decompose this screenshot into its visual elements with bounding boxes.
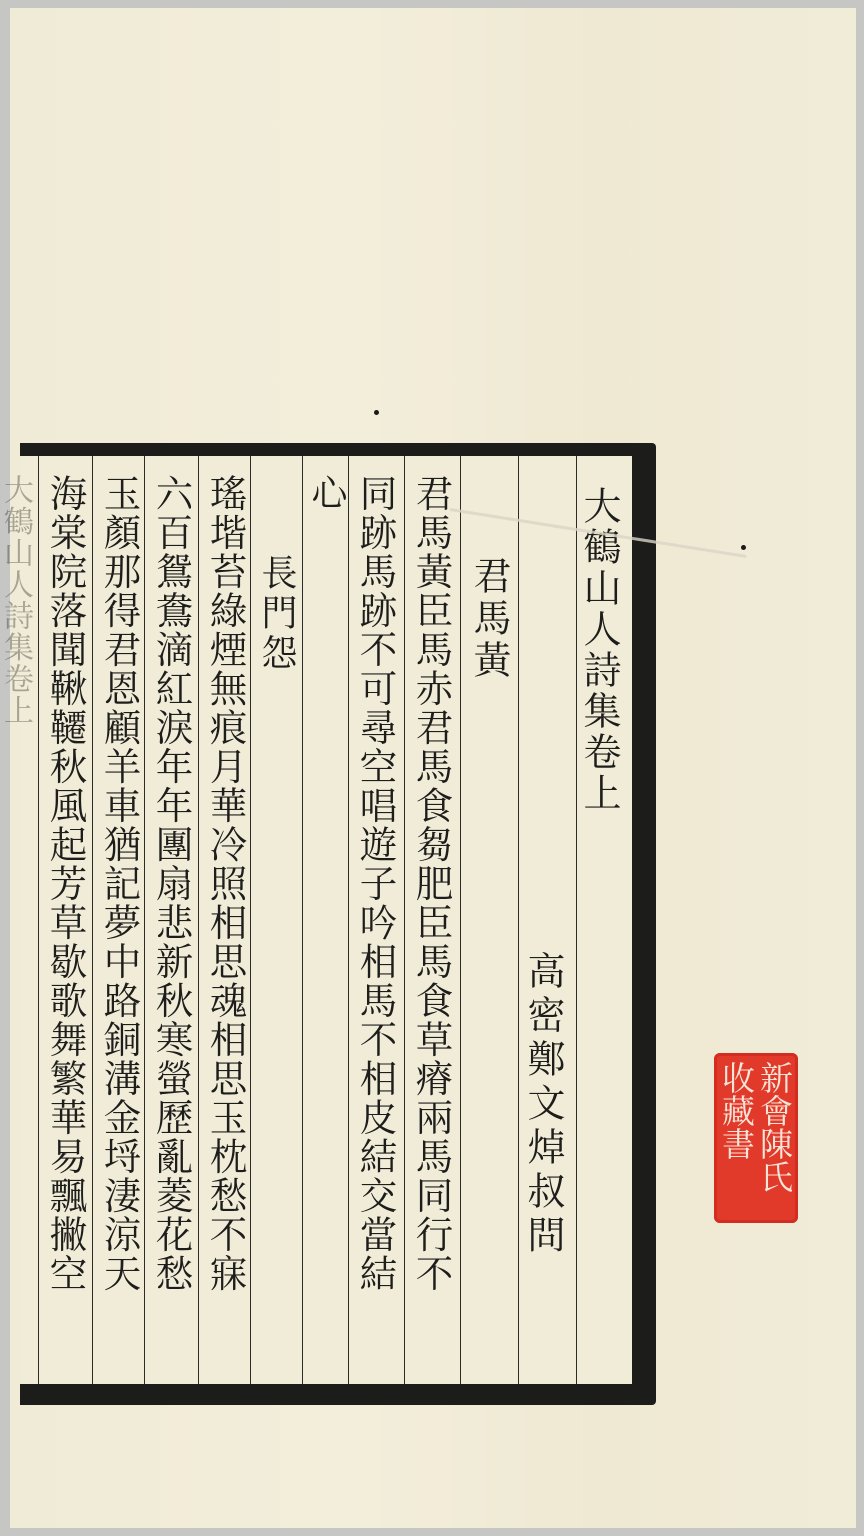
poem-line: 六百鴛鴦滴紅淚年年團扇悲新秋寒螢歷亂菱花愁: [152, 474, 190, 1293]
collector-seal: 新會陳氏 收藏書: [714, 1053, 798, 1223]
text-block: 大鶴山人詩集卷上 高密鄭文焯叔問 君馬黃 君馬黃臣馬赤君馬食芻肥臣馬食草瘠兩馬同…: [20, 456, 632, 1384]
ink-speck: [741, 545, 746, 550]
poem-title: 君馬黃: [470, 556, 508, 682]
author-line: 高密鄭文焯叔問: [524, 951, 562, 1259]
poem-title: 長門怨: [258, 554, 294, 674]
margin-fragment: 大鶴山人詩集卷上: [0, 474, 30, 726]
column-rule: [302, 456, 348, 1384]
page-paper: 大鶴山人詩集卷上 高密鄭文焯叔問 君馬黃 君馬黃臣馬赤君馬食芻肥臣馬食草瘠兩馬同…: [10, 8, 856, 1528]
seal-text-left: 收藏書: [720, 1061, 753, 1160]
ink-speck: [374, 410, 379, 415]
poem-line: 瑤堦苔綠煙無痕月華冷照相思魂相思玉枕愁不寐: [206, 474, 244, 1293]
poem-line: 同跡馬跡不可尋空唱遊子吟相馬不相皮結交當結: [356, 474, 394, 1293]
printed-frame: 大鶴山人詩集卷上 高密鄭文焯叔問 君馬黃 君馬黃臣馬赤君馬食芻肥臣馬食草瘠兩馬同…: [20, 443, 656, 1405]
poem-line: 君馬黃臣馬赤君馬食芻肥臣馬食草瘠兩馬同行不: [412, 474, 450, 1293]
poem-line: 玉顏那得君恩顧羊車猶記夢中路銅溝金埒淒涼天: [100, 474, 138, 1293]
poem-line: 心: [308, 474, 344, 512]
poem-line: 海棠院落聞鞦韆秋風起芳草歇歌舞繁華易飄撇空: [46, 474, 84, 1293]
seal-text-right: 新會陳氏: [758, 1061, 791, 1193]
